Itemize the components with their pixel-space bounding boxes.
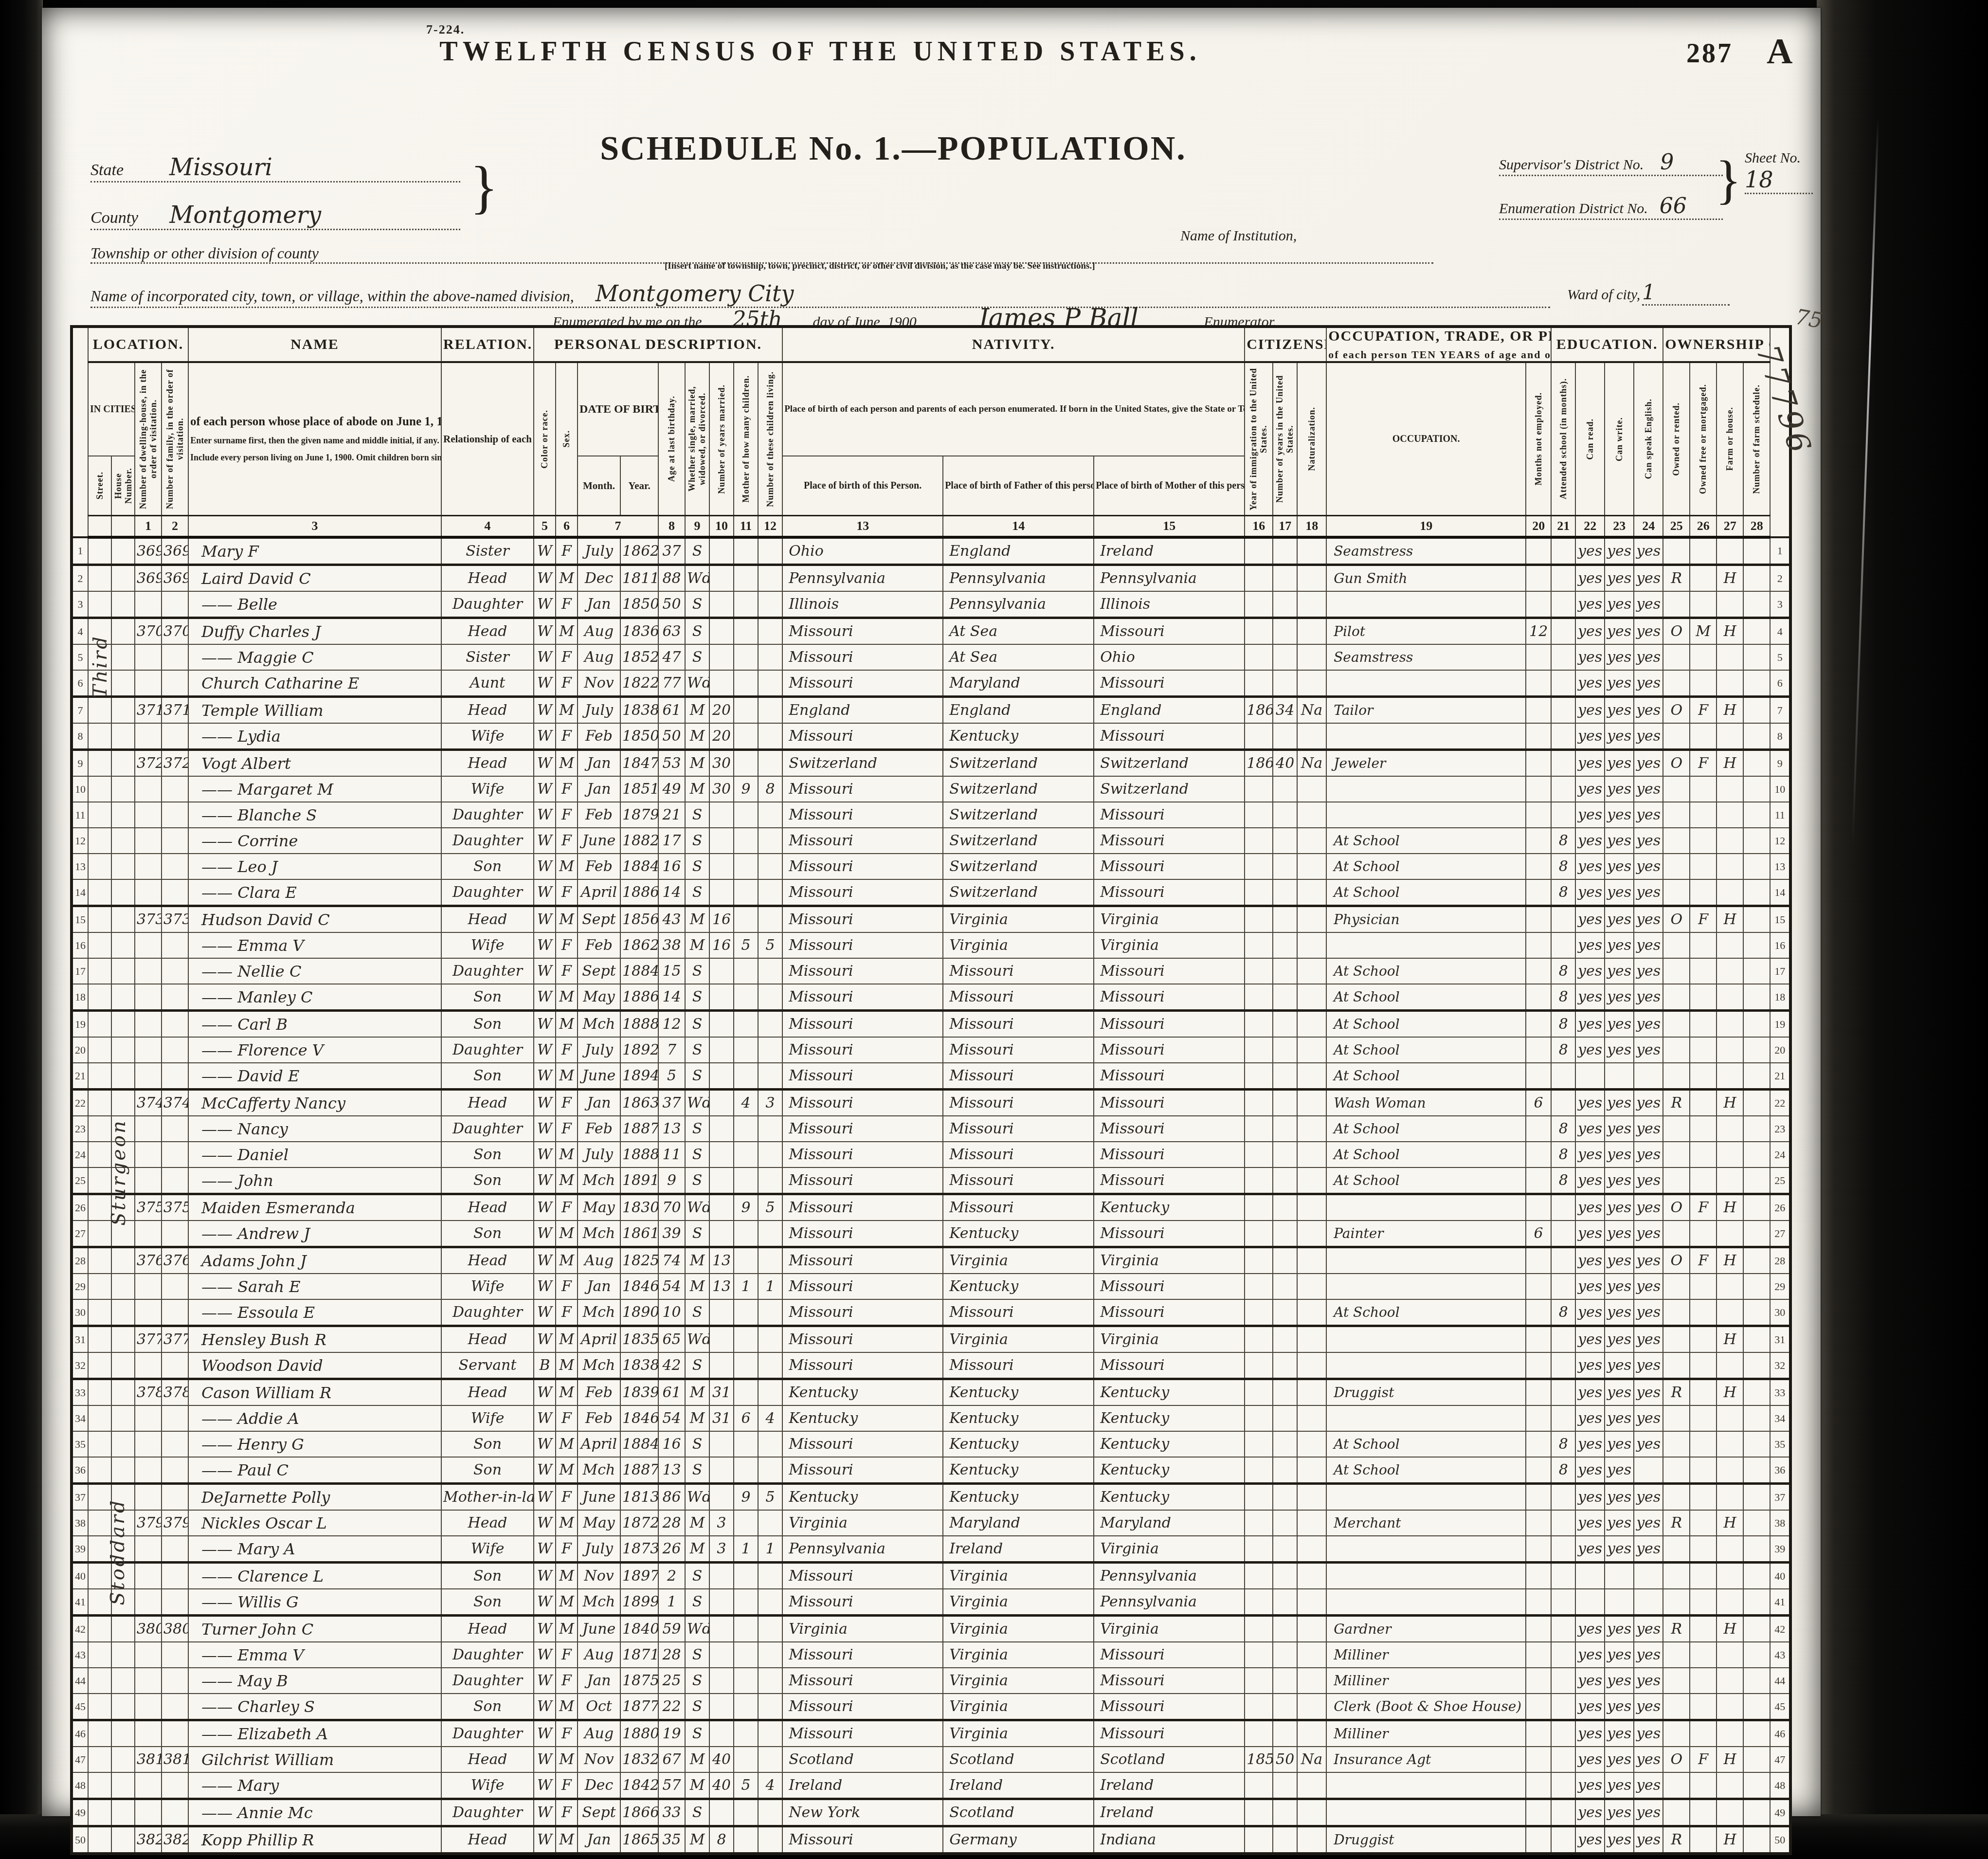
- cell-birth-month: Feb: [578, 932, 620, 958]
- cell-mother-birthplace: Missouri: [1094, 1167, 1245, 1194]
- cell-age: 43: [658, 906, 685, 933]
- cell-dwelling-number: 376: [135, 1247, 162, 1274]
- cell-marital-status: S: [685, 1668, 709, 1694]
- cell-children-living: [758, 1326, 782, 1353]
- cell-street: [88, 854, 111, 879]
- cell-farm-or-house: [1717, 1563, 1743, 1589]
- cell-months-not-employed: [1526, 932, 1551, 958]
- cell-owned-rented: [1663, 1431, 1690, 1457]
- cell-farm-schedule: [1743, 1720, 1770, 1747]
- cell-name: Nickles Oscar L: [188, 1510, 441, 1536]
- cell-mother-of-children: [734, 644, 758, 670]
- cell-years-in-us: [1273, 1116, 1297, 1142]
- cell-mother-birthplace: Kentucky: [1094, 1405, 1245, 1431]
- cell-can-write: yes: [1605, 1090, 1634, 1116]
- cell-birth-month: June: [578, 1484, 620, 1511]
- cell-mother-of-children: [734, 1747, 758, 1772]
- cell-line-number-left: 35: [72, 1431, 88, 1457]
- cell-family-number: [162, 932, 188, 958]
- cell-mother-birthplace: Missouri: [1094, 1116, 1245, 1142]
- cell-speak-english: yes: [1634, 854, 1663, 879]
- cell-sex: M: [556, 984, 578, 1011]
- cell-farm-schedule: [1743, 1379, 1770, 1406]
- cell-street: [88, 802, 111, 828]
- cell-owned-rented: [1663, 670, 1690, 697]
- cell-can-read: yes: [1575, 1457, 1605, 1484]
- cell-occupation: [1326, 1799, 1526, 1826]
- cell-color-race: W: [534, 1326, 556, 1353]
- head-owned-rented: Owned or rented.: [1663, 362, 1690, 516]
- cell-birth-year: 1846: [620, 1405, 658, 1431]
- cell-speak-english: yes: [1634, 1799, 1663, 1826]
- cell-birthplace: Missouri: [782, 906, 943, 933]
- cell-birth-month: Dec: [578, 1772, 620, 1799]
- cell-house-number: [111, 1299, 135, 1326]
- cell-farm-or-house: H: [1717, 697, 1743, 724]
- cell-birth-year: 1891: [620, 1167, 658, 1194]
- cell-birth-month: Aug: [578, 644, 620, 670]
- cell-age: 26: [658, 1536, 685, 1563]
- cell-can-read: yes: [1575, 1379, 1605, 1406]
- cell-owned-rented: [1663, 723, 1690, 750]
- cell-naturalization: [1297, 1510, 1326, 1536]
- cell-free-mortgaged: [1690, 1484, 1717, 1511]
- right-brace: }: [1716, 149, 1741, 211]
- cell-marital-status: Wd: [685, 1326, 709, 1353]
- person-row: 23 —— Nancy Daughter W F Feb 1887 13 S M…: [72, 1116, 1790, 1142]
- cell-house-number: [111, 1826, 135, 1854]
- cell-line-number-right: 3: [1770, 591, 1790, 618]
- cell-name: —— Clara E: [188, 879, 441, 906]
- cell-line-number-left: 37: [72, 1484, 88, 1511]
- cell-sex: M: [556, 1352, 578, 1379]
- cell-house-number: [111, 618, 135, 645]
- cell-years-in-us: [1273, 1299, 1297, 1326]
- cell-years-in-us: [1273, 776, 1297, 802]
- cell-owned-rented: [1663, 1563, 1690, 1589]
- cell-sex: M: [556, 1457, 578, 1484]
- cell-father-birthplace: Ireland: [943, 1536, 1094, 1563]
- cell-farm-or-house: [1717, 1720, 1743, 1747]
- cell-marital-status: S: [685, 1011, 709, 1038]
- cell-family-number: 378: [162, 1379, 188, 1406]
- cell-free-mortgaged: [1690, 879, 1717, 906]
- cell-years-in-us: [1273, 591, 1297, 618]
- cell-free-mortgaged: [1690, 1352, 1717, 1379]
- cell-months-not-employed: [1526, 1299, 1551, 1326]
- cell-father-birthplace: Virginia: [943, 1326, 1094, 1353]
- person-row: 20 —— Florence V Daughter W F July 1892 …: [72, 1037, 1790, 1063]
- cell-farm-schedule: [1743, 802, 1770, 828]
- cell-father-birthplace: Missouri: [943, 958, 1094, 984]
- cell-farm-schedule: [1743, 932, 1770, 958]
- cell-can-write: yes: [1605, 1510, 1634, 1536]
- cell-age: 13: [658, 1116, 685, 1142]
- cell-months-not-employed: [1526, 1668, 1551, 1694]
- cell-free-mortgaged: F: [1690, 697, 1717, 724]
- cell-relation: Head: [441, 1326, 534, 1353]
- cell-birth-month: April: [578, 1431, 620, 1457]
- cell-name: —— Essoula E: [188, 1299, 441, 1326]
- cell-mother-of-children: [734, 1510, 758, 1536]
- cell-owned-rented: [1663, 1720, 1690, 1747]
- cell-mother-birthplace: Ireland: [1094, 1799, 1245, 1826]
- cell-name: —— Charley S: [188, 1694, 441, 1720]
- cell-naturalization: [1297, 1826, 1326, 1854]
- cell-age: 14: [658, 984, 685, 1011]
- cell-mother-birthplace: Missouri: [1094, 1274, 1245, 1299]
- cell-mother-of-children: [734, 618, 758, 645]
- cell-name: —— Maggie C: [188, 644, 441, 670]
- cell-years-in-us: 34: [1273, 697, 1297, 724]
- cell-birth-month: Feb: [578, 1405, 620, 1431]
- cell-line-number-left: 48: [72, 1772, 88, 1799]
- cell-age: 10: [658, 1299, 685, 1326]
- cell-years-in-us: [1273, 1194, 1297, 1221]
- cell-line-number-right: 19: [1770, 1011, 1790, 1038]
- cell-age: 17: [658, 828, 685, 854]
- cell-attended-school: 8: [1551, 828, 1575, 854]
- cell-father-birthplace: Kentucky: [943, 1379, 1094, 1406]
- cell-mother-of-children: [734, 802, 758, 828]
- cell-age: 22: [658, 1694, 685, 1720]
- cell-relation: Servant: [441, 1352, 534, 1379]
- cell-attended-school: [1551, 1589, 1575, 1616]
- cell-birth-month: Sept: [578, 958, 620, 984]
- cell-father-birthplace: Missouri: [943, 1011, 1094, 1038]
- cell-sex: F: [556, 802, 578, 828]
- cell-mother-of-children: 6: [734, 1405, 758, 1431]
- cell-street: [88, 1431, 111, 1457]
- cell-children-living: [758, 1037, 782, 1063]
- cell-mother-of-children: [734, 906, 758, 933]
- person-row: 38 379 379 Nickles Oscar L Head W M May …: [72, 1510, 1790, 1536]
- cell-marital-status: S: [685, 1116, 709, 1142]
- cell-age: 63: [658, 618, 685, 645]
- head-name-note-1: Enter surname first, then the given name…: [190, 436, 439, 446]
- cell-naturalization: [1297, 1589, 1326, 1616]
- cell-can-read: yes: [1575, 1536, 1605, 1563]
- person-row: 4 370 370 Duffy Charles J Head W M Aug 1…: [72, 618, 1790, 645]
- cell-line-number-left: 32: [72, 1352, 88, 1379]
- cell-dwelling-number: [135, 879, 162, 906]
- cell-owned-rented: [1663, 1142, 1690, 1167]
- cell-naturalization: [1297, 1405, 1326, 1431]
- cell-years-in-us: [1273, 1352, 1297, 1379]
- cell-color-race: W: [534, 1142, 556, 1167]
- cell-children-living: 8: [758, 776, 782, 802]
- cell-family-number: [162, 1484, 188, 1511]
- cell-family-number: [162, 670, 188, 697]
- cell-speak-english: yes: [1634, 1299, 1663, 1326]
- cell-farm-schedule: [1743, 618, 1770, 645]
- cell-dwelling-number: [135, 591, 162, 618]
- cell-name: Hensley Bush R: [188, 1326, 441, 1353]
- cell-naturalization: [1297, 618, 1326, 645]
- cell-years-married: [709, 1194, 734, 1221]
- cell-farm-schedule: [1743, 1772, 1770, 1799]
- cell-farm-or-house: [1717, 1457, 1743, 1484]
- cell-family-number: [162, 1668, 188, 1694]
- cell-farm-or-house: [1717, 1299, 1743, 1326]
- head-farm-or-house: Farm or house.: [1717, 362, 1743, 516]
- cell-relation: Head: [441, 1379, 534, 1406]
- cell-relation: Son: [441, 1589, 534, 1616]
- cell-years-married: [709, 670, 734, 697]
- cell-name: Temple William: [188, 697, 441, 724]
- cell-farm-or-house: H: [1717, 1194, 1743, 1221]
- cell-age: 74: [658, 1247, 685, 1274]
- cell-immigration-year: [1245, 1694, 1273, 1720]
- cell-owned-rented: [1663, 1642, 1690, 1668]
- head-pob-father: Place of birth of Father of this person.: [943, 456, 1094, 516]
- cell-color-race: W: [534, 1457, 556, 1484]
- head-name-description: of each person whose place of abode on J…: [188, 362, 441, 516]
- cell-farm-schedule: [1743, 1011, 1770, 1038]
- cell-birth-year: 1866: [620, 1799, 658, 1826]
- cell-mother-of-children: [734, 1431, 758, 1457]
- cell-marital-status: S: [685, 1063, 709, 1090]
- cell-mother-birthplace: Kentucky: [1094, 1379, 1245, 1406]
- cell-years-in-us: [1273, 565, 1297, 592]
- cell-years-married: [709, 1799, 734, 1826]
- cell-birth-year: 1813: [620, 1484, 658, 1511]
- cell-street: [88, 697, 111, 724]
- cell-mother-birthplace: Kentucky: [1094, 1457, 1245, 1484]
- cell-dwelling-number: [135, 1167, 162, 1194]
- cell-mother-of-children: [734, 1247, 758, 1274]
- cell-marital-status: M: [685, 1510, 709, 1536]
- cell-birth-year: 1875: [620, 1668, 658, 1694]
- cell-can-read: yes: [1575, 1194, 1605, 1221]
- cell-street: [88, 1457, 111, 1484]
- cell-years-in-us: [1273, 1720, 1297, 1747]
- cell-owned-rented: [1663, 802, 1690, 828]
- cell-street: [88, 1799, 111, 1826]
- cell-sex: F: [556, 591, 578, 618]
- cell-can-write: yes: [1605, 1116, 1634, 1142]
- cell-house-number: [111, 1747, 135, 1772]
- cell-color-race: W: [534, 828, 556, 854]
- cell-mother-birthplace: Missouri: [1094, 854, 1245, 879]
- cell-naturalization: [1297, 591, 1326, 618]
- enumeration-district-value: 66: [1660, 194, 1687, 219]
- cell-owned-rented: O: [1663, 906, 1690, 933]
- cell-dwelling-number: 382: [135, 1826, 162, 1854]
- cell-street: [88, 1668, 111, 1694]
- cell-birth-month: July: [578, 1037, 620, 1063]
- cell-months-not-employed: [1526, 1510, 1551, 1536]
- cell-occupation: Jeweler: [1326, 750, 1526, 777]
- cell-attended-school: [1551, 1772, 1575, 1799]
- cell-immigration-year: [1245, 1299, 1273, 1326]
- cell-birth-month: July: [578, 1536, 620, 1563]
- cell-father-birthplace: England: [943, 537, 1094, 565]
- head-date-of-birth: DATE OF BIRTH.: [578, 362, 658, 456]
- cell-family-number: 372: [162, 750, 188, 777]
- cell-birth-year: 1872: [620, 1510, 658, 1536]
- person-row: 41 —— Willis G Son W M Mch 1899 1 S Miss…: [72, 1589, 1790, 1616]
- cell-years-married: 40: [709, 1747, 734, 1772]
- cell-years-married: [709, 1011, 734, 1038]
- cell-birth-month: Jan: [578, 1826, 620, 1854]
- cell-family-number: [162, 776, 188, 802]
- cell-can-read: yes: [1575, 1116, 1605, 1142]
- cell-occupation: At School: [1326, 1431, 1526, 1457]
- person-row: 25 —— John Son W M Mch 1891 9 S Missouri…: [72, 1167, 1790, 1194]
- cell-years-in-us: [1273, 1799, 1297, 1826]
- cell-relation: Head: [441, 1747, 534, 1772]
- cell-age: 16: [658, 854, 685, 879]
- cell-occupation: At School: [1326, 1011, 1526, 1038]
- cell-street: [88, 591, 111, 618]
- street-name-handwritten-1: Third: [89, 635, 111, 698]
- cell-occupation: At School: [1326, 984, 1526, 1011]
- cell-occupation: Milliner: [1326, 1668, 1526, 1694]
- cell-owned-rented: [1663, 1011, 1690, 1038]
- cell-mother-birthplace: Pennsylvania: [1094, 1589, 1245, 1616]
- cell-marital-status: S: [685, 958, 709, 984]
- cell-dwelling-number: [135, 958, 162, 984]
- cell-color-race: W: [534, 1090, 556, 1116]
- cell-farm-schedule: [1743, 723, 1770, 750]
- cell-line-number-right: 4: [1770, 618, 1790, 645]
- cell-birth-month: Mch: [578, 1457, 620, 1484]
- cell-line-number-left: 7: [72, 697, 88, 724]
- cell-attended-school: [1551, 1063, 1575, 1090]
- cell-birthplace: Kentucky: [782, 1484, 943, 1511]
- cell-farm-or-house: [1717, 854, 1743, 879]
- cell-attended-school: 8: [1551, 958, 1575, 984]
- person-row: 31 377 377 Hensley Bush R Head W M April…: [72, 1326, 1790, 1353]
- cell-marital-status: S: [685, 1720, 709, 1747]
- cell-naturalization: [1297, 984, 1326, 1011]
- cell-months-not-employed: [1526, 1589, 1551, 1616]
- cell-relation: Daughter: [441, 1299, 534, 1326]
- cell-house-number: [111, 1247, 135, 1274]
- cell-can-write: yes: [1605, 1405, 1634, 1431]
- cell-attended-school: [1551, 1090, 1575, 1116]
- cell-family-number: [162, 1536, 188, 1563]
- cell-occupation: Insurance Agt: [1326, 1747, 1526, 1772]
- cell-line-number-right: 34: [1770, 1405, 1790, 1431]
- cell-can-write: yes: [1605, 1799, 1634, 1826]
- cell-father-birthplace: Kentucky: [943, 1405, 1094, 1431]
- cell-birth-year: 1880: [620, 1720, 658, 1747]
- cell-line-number-left: 44: [72, 1668, 88, 1694]
- cell-years-married: [709, 1457, 734, 1484]
- cell-attended-school: [1551, 1642, 1575, 1668]
- cell-dwelling-number: [135, 1299, 162, 1326]
- cell-free-mortgaged: [1690, 1011, 1717, 1038]
- cell-house-number: [111, 879, 135, 906]
- cell-free-mortgaged: [1690, 1694, 1717, 1720]
- cell-occupation: Druggist: [1326, 1826, 1526, 1854]
- cell-birth-month: Sept: [578, 906, 620, 933]
- cell-father-birthplace: England: [943, 697, 1094, 724]
- cell-can-write: yes: [1605, 879, 1634, 906]
- cell-years-married: 20: [709, 697, 734, 724]
- cell-line-number-right: 47: [1770, 1747, 1790, 1772]
- cell-children-living: [758, 984, 782, 1011]
- person-row: 40 —— Clarence L Son W M Nov 1897 2 S Mi…: [72, 1563, 1790, 1589]
- cell-color-race: W: [534, 984, 556, 1011]
- cell-mother-birthplace: Kentucky: [1094, 1194, 1245, 1221]
- cell-birth-month: Mch: [578, 1167, 620, 1194]
- cell-free-mortgaged: [1690, 1116, 1717, 1142]
- cell-sex: M: [556, 1379, 578, 1406]
- cell-years-married: [709, 879, 734, 906]
- cell-immigration-year: [1245, 1720, 1273, 1747]
- cell-owned-rented: [1663, 1457, 1690, 1484]
- cell-relation: Son: [441, 1694, 534, 1720]
- cell-birthplace: England: [782, 697, 943, 724]
- cell-owned-rented: [1663, 1037, 1690, 1063]
- cell-relation: Daughter: [441, 828, 534, 854]
- cell-years-married: [709, 984, 734, 1011]
- cell-age: 7: [658, 1037, 685, 1063]
- cell-mother-birthplace: Switzerland: [1094, 750, 1245, 777]
- cell-family-number: [162, 1431, 188, 1457]
- cell-farm-schedule: [1743, 776, 1770, 802]
- cell-family-number: [162, 723, 188, 750]
- person-row: 39 —— Mary A Wife W F July 1873 26 M 3 1…: [72, 1536, 1790, 1563]
- cell-months-not-employed: [1526, 1431, 1551, 1457]
- cell-naturalization: Na: [1297, 750, 1326, 777]
- cell-farm-or-house: H: [1717, 1747, 1743, 1772]
- cell-children-living: [758, 1247, 782, 1274]
- cell-age: 13: [658, 1457, 685, 1484]
- cell-naturalization: [1297, 670, 1326, 697]
- cell-marital-status: Wd: [685, 565, 709, 592]
- cell-farm-schedule: [1743, 984, 1770, 1011]
- cell-birth-year: 1852: [620, 644, 658, 670]
- cell-line-number-right: 29: [1770, 1274, 1790, 1299]
- cell-farm-schedule: [1743, 697, 1770, 724]
- cell-family-number: 369: [162, 565, 188, 592]
- cell-farm-or-house: H: [1717, 750, 1743, 777]
- city-value: Montgomery City: [596, 280, 794, 307]
- cell-farm-or-house: H: [1717, 1326, 1743, 1353]
- cell-speak-english: yes: [1634, 1247, 1663, 1274]
- cell-mother-birthplace: Pennsylvania: [1094, 565, 1245, 592]
- cell-relation: Son: [441, 1221, 534, 1247]
- cell-speak-english: yes: [1634, 958, 1663, 984]
- cell-owned-rented: R: [1663, 1510, 1690, 1536]
- cell-birth-year: 1835: [620, 1326, 658, 1353]
- cell-immigration-year: [1245, 1484, 1273, 1511]
- cell-birth-month: Mch: [578, 1221, 620, 1247]
- cell-owned-rented: [1663, 932, 1690, 958]
- cell-relation: Daughter: [441, 591, 534, 618]
- cell-occupation: [1326, 591, 1526, 618]
- cell-can-write: yes: [1605, 1274, 1634, 1299]
- cell-birth-month: Mch: [578, 1299, 620, 1326]
- cell-name: —— Lydia: [188, 723, 441, 750]
- cell-farm-or-house: [1717, 1142, 1743, 1167]
- cell-marital-status: M: [685, 776, 709, 802]
- cell-farm-schedule: [1743, 828, 1770, 854]
- cell-free-mortgaged: [1690, 1405, 1717, 1431]
- cell-can-write: yes: [1605, 697, 1634, 724]
- cell-can-read: yes: [1575, 591, 1605, 618]
- cell-speak-english: yes: [1634, 1142, 1663, 1167]
- person-row: 48 —— Mary Wife W F Dec 1842 57 M 40 5 4…: [72, 1772, 1790, 1799]
- cell-years-in-us: [1273, 984, 1297, 1011]
- cell-father-birthplace: Kentucky: [943, 723, 1094, 750]
- cell-age: 39: [658, 1221, 685, 1247]
- cell-sex: M: [556, 618, 578, 645]
